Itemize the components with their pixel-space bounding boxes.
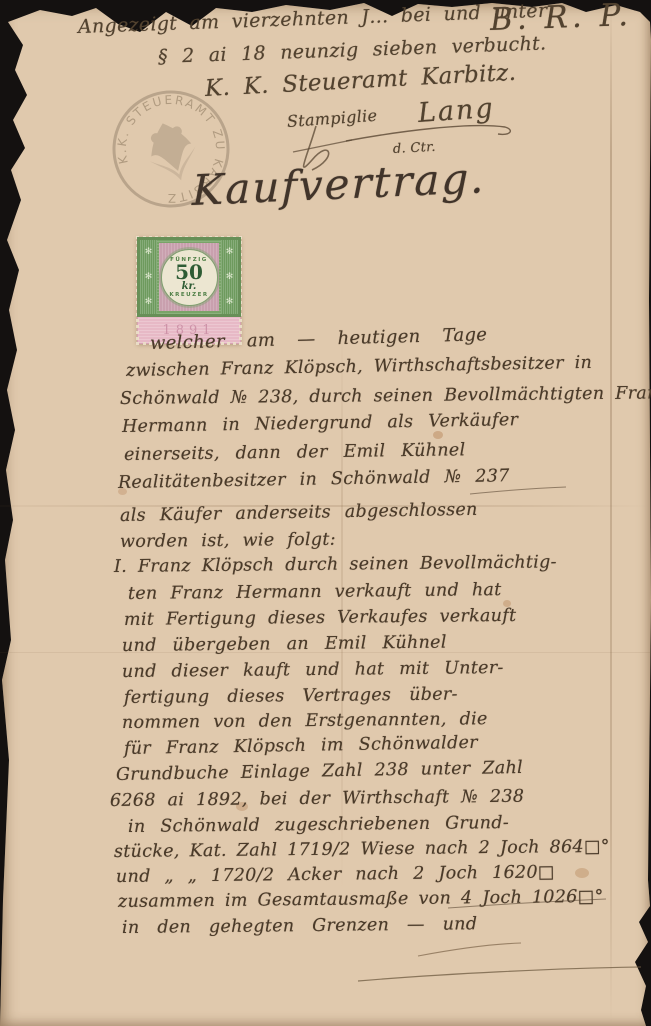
handwritten-line: nommen von den Erstgenannten, die bbox=[122, 709, 488, 733]
scanned-document-canvas: K.K. STEUERAMT ZU KARBITZ Angezeigt am v… bbox=[0, 0, 651, 1026]
revenue-stamp-ornament-right: ✻ ✻ ✻ bbox=[221, 240, 238, 314]
revenue-stamp-upper: ✻ ✻ ✻ FÜNFZIG 50 kr. KREUZER ✻ ✻ ✻ bbox=[137, 237, 241, 317]
handwritten-line: mit Fertigung dieses Verkaufes verkauft bbox=[124, 606, 517, 630]
ornament-glyph: ✻ bbox=[145, 272, 153, 282]
ornament-glyph: ✻ bbox=[226, 272, 234, 282]
revenue-stamp-medallion: FÜNFZIG 50 kr. KREUZER bbox=[161, 249, 218, 306]
revenue-stamp-50kr: ✻ ✻ ✻ FÜNFZIG 50 kr. KREUZER ✻ ✻ ✻ 1891 bbox=[137, 237, 241, 344]
header-initials: B. R. P. bbox=[489, 0, 632, 38]
ornament-glyph: ✻ bbox=[145, 297, 153, 307]
handwritten-line: und übergeben an Emil Kühnel bbox=[122, 633, 447, 656]
handwritten-line: und dieser kauft und hat mit Unter- bbox=[122, 658, 504, 682]
stamp-word-bottom: KREUZER bbox=[169, 292, 208, 298]
ornament-glyph: ✻ bbox=[226, 247, 234, 257]
ornament-glyph: ✻ bbox=[226, 297, 234, 307]
handwritten-line: in Schönwald zugeschriebenen Grund- bbox=[128, 813, 509, 837]
ornament-glyph: ✻ bbox=[145, 247, 153, 257]
signature-subscript: d. Ctr. bbox=[393, 140, 437, 157]
handwritten-line: worden ist, wie folgt: bbox=[120, 530, 336, 552]
handwritten-line: ten Franz Hermann verkauft und hat bbox=[128, 580, 502, 604]
stamp-unit: kr. bbox=[182, 282, 197, 292]
revenue-stamp-panel: FÜNFZIG 50 kr. KREUZER bbox=[159, 243, 219, 311]
official-signature: Lang bbox=[417, 93, 496, 129]
handwritten-line: fertigung dieses Vertrages über- bbox=[124, 685, 458, 708]
handwritten-line: in den gehegten Grenzen — und bbox=[122, 914, 478, 938]
stamp-value: 50 bbox=[175, 263, 203, 282]
revenue-stamp-ornament-left: ✻ ✻ ✻ bbox=[140, 240, 157, 314]
